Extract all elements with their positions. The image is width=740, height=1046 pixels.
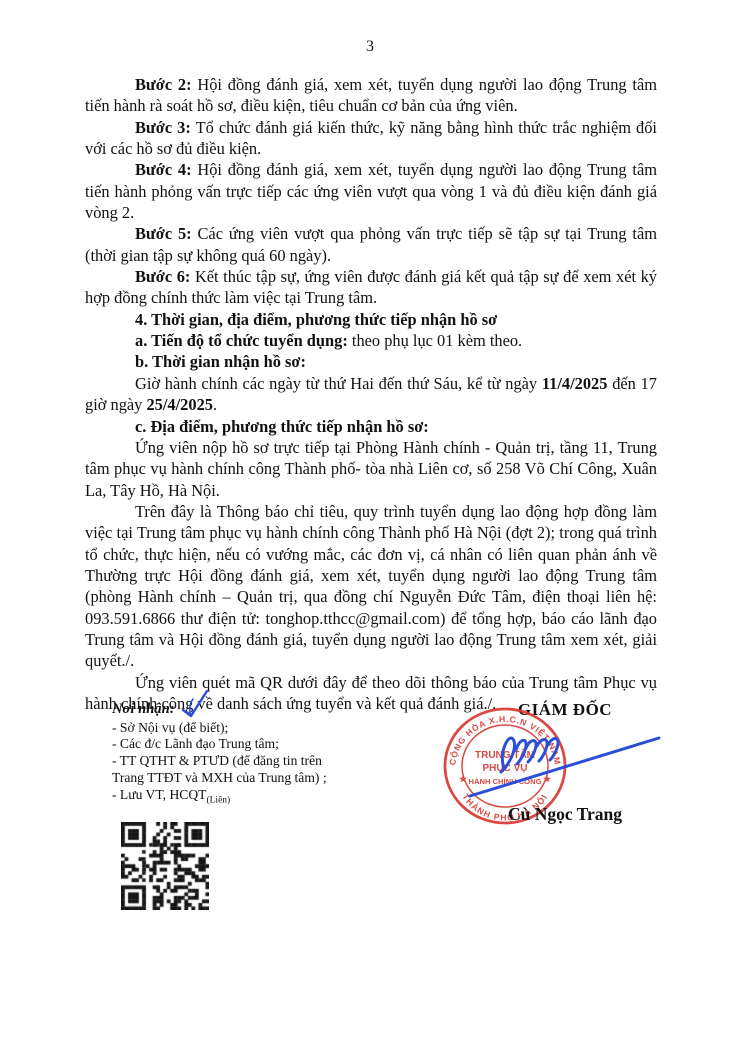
text-segment: . — [213, 395, 217, 414]
paragraph: Bước 6: Kết thúc tập sự, ứng viên được đ… — [85, 266, 657, 309]
recipients-list: - Sở Nội vụ (để biết);- Các đ/c Lãnh đạo… — [112, 720, 372, 809]
paragraph: Bước 5: Các ứng viên vượt qua phỏng vấn … — [85, 223, 657, 266]
paragraph: Bước 3: Tổ chức đánh giá kiến thức, kỹ n… — [85, 117, 657, 160]
signer-name: Cù Ngọc Trang — [450, 804, 680, 825]
recipients-label: Nơi nhận: — [112, 701, 372, 718]
recipient-subscript: (Liên) — [206, 795, 230, 805]
bold-text-segment: 11/4/2025 — [542, 374, 608, 393]
bold-text-segment: Bước 4: — [135, 160, 192, 179]
recipient-line: - Sở Nội vụ (để biết); — [112, 720, 372, 737]
paragraph: b. Thời gian nhận hồ sơ: — [85, 351, 657, 372]
document-page: 3 Bước 2: Hội đồng đánh giá, xem xét, tu… — [0, 0, 740, 1046]
bold-text-segment: Bước 6: — [135, 267, 190, 286]
bold-text-segment: Bước 3: — [135, 118, 191, 137]
bold-text-segment: c. Địa điểm, phương thức tiếp nhận hồ sơ… — [135, 417, 429, 436]
bold-text-segment: 25/4/2025 — [146, 395, 212, 414]
paragraph: Bước 2: Hội đồng đánh giá, xem xét, tuyể… — [85, 74, 657, 117]
bold-text-segment: b. Thời gian nhận hồ sơ: — [135, 352, 306, 371]
recipient-line: - Lưu VT, HCQT(Liên) — [112, 787, 372, 809]
text-segment: Trên đây là Thông báo chỉ tiêu, quy trìn… — [85, 502, 657, 670]
text-segment: theo phụ lục 01 kèm theo. — [348, 331, 522, 350]
bold-text-segment: Bước 5: — [135, 224, 192, 243]
text-segment: Ứng viên nộp hồ sơ trực tiếp tại Phòng H… — [85, 438, 657, 500]
page-number: 3 — [0, 38, 740, 56]
recipients-block: Nơi nhận: - Sở Nội vụ (để biết);- Các đ/… — [112, 701, 372, 809]
paragraph: Trên đây là Thông báo chỉ tiêu, quy trìn… — [85, 501, 657, 672]
ink-mark-icon — [178, 688, 214, 720]
paragraph: Giờ hành chính các ngày từ thứ Hai đến t… — [85, 373, 657, 416]
document-body: Bước 2: Hội đồng đánh giá, xem xét, tuyể… — [85, 74, 657, 714]
recipient-line: - TT QTHT & PTƯD (để đăng tin trên — [112, 753, 372, 770]
recipient-line: Trang TTĐT và MXH của Trung tâm) ; — [112, 770, 372, 787]
paragraph: c. Địa điểm, phương thức tiếp nhận hồ sơ… — [85, 416, 657, 437]
bold-text-segment: a. Tiến độ tổ chức tuyển dụng: — [135, 331, 348, 350]
qr-code — [121, 822, 209, 910]
paragraph: Ứng viên nộp hồ sơ trực tiếp tại Phòng H… — [85, 437, 657, 501]
paragraph: Bước 4: Hội đồng đánh giá, xem xét, tuyể… — [85, 159, 657, 223]
bold-text-segment: 4. Thời gian, địa điểm, phương thức tiếp… — [135, 310, 497, 329]
recipient-line: - Các đ/c Lãnh đạo Trung tâm; — [112, 736, 372, 753]
text-segment: Giờ hành chính các ngày từ thứ Hai đến t… — [135, 374, 542, 393]
signature-icon — [458, 712, 668, 804]
paragraph: a. Tiến độ tổ chức tuyển dụng: theo phụ … — [85, 330, 657, 351]
paragraph: 4. Thời gian, địa điểm, phương thức tiếp… — [85, 309, 657, 330]
bold-text-segment: Bước 2: — [135, 75, 192, 94]
